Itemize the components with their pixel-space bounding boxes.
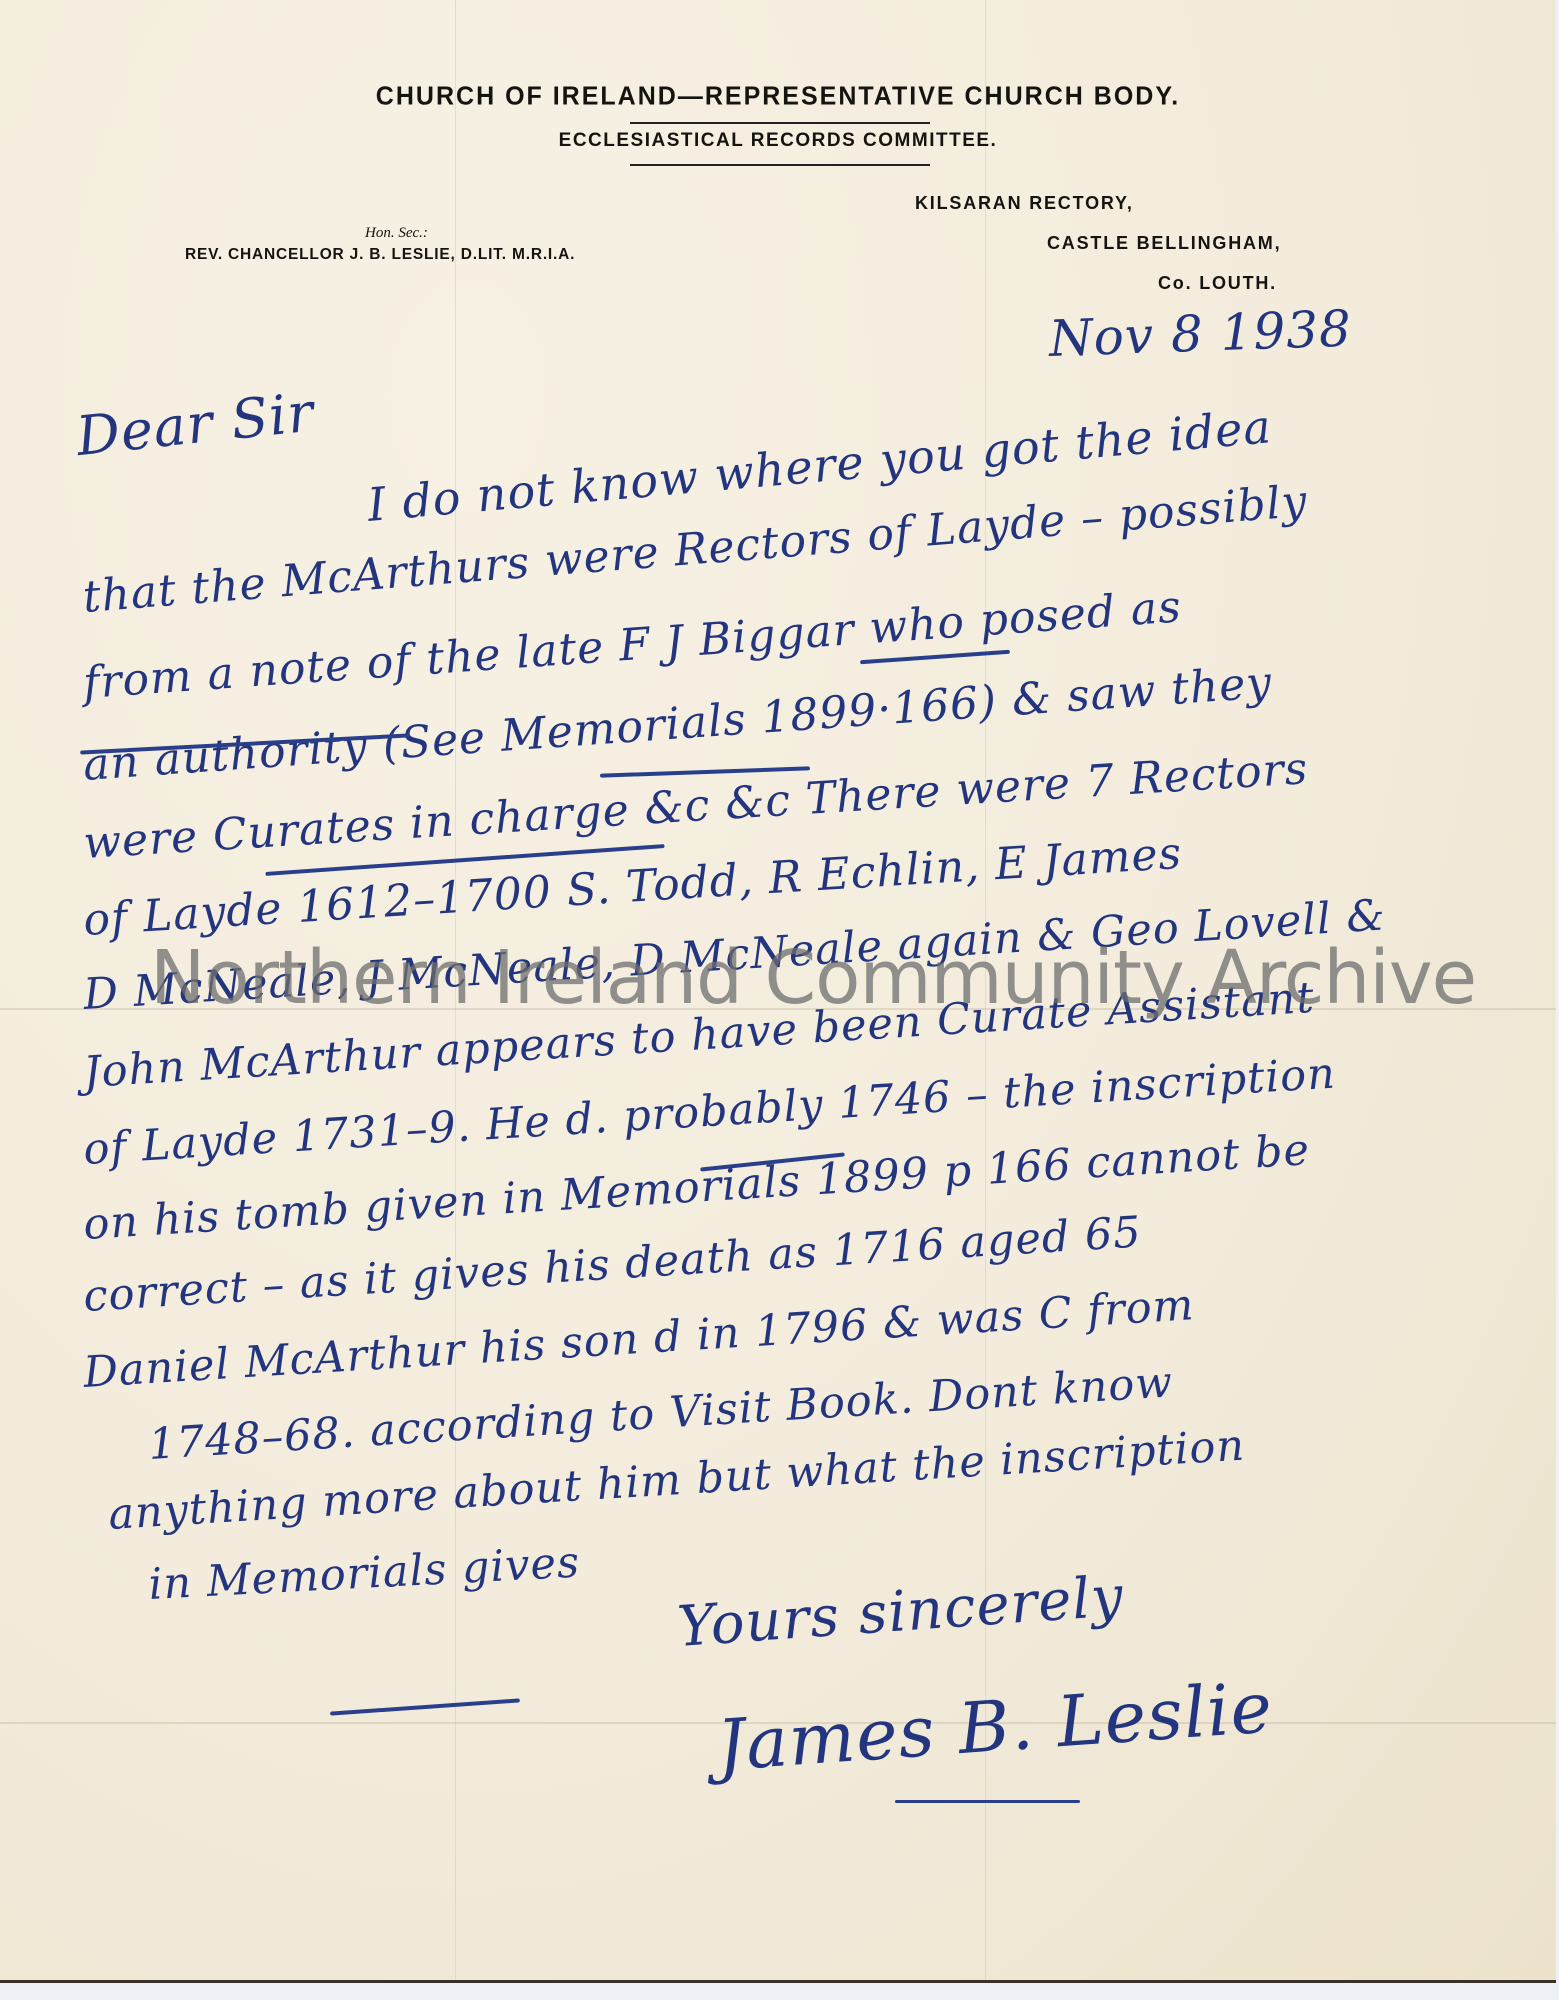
letter-date: Nov 8 1938: [1048, 299, 1353, 368]
closing: Yours sincerely: [675, 1564, 1125, 1660]
letterhead-subtitle: ECCLESIASTICAL RECORDS COMMITTEE.: [0, 130, 1556, 152]
salutation: Dear Sir: [73, 380, 317, 468]
address-line-2: CASTLE BELLINGHAM,: [1047, 233, 1281, 254]
hon-sec-label: Hon. Sec.:: [365, 225, 428, 242]
signature-underline: [895, 1800, 1080, 1803]
address-line-3: Co. LOUTH.: [1158, 273, 1277, 294]
underline-memorials-2: [330, 1698, 520, 1715]
signature: James B. Leslie: [714, 1666, 1275, 1787]
letterhead-rule: [630, 122, 930, 124]
hon-sec-name: REV. CHANCELLOR J. B. LESLIE, D.LIT. M.R…: [185, 246, 575, 264]
letterhead-rule: [630, 164, 930, 166]
letterhead-title: CHURCH OF IRELAND—REPRESENTATIVE CHURCH …: [0, 81, 1556, 111]
body-line: in Memorials gives: [147, 1537, 581, 1610]
archive-watermark: Northern Ireland Community Archive: [150, 935, 1476, 1021]
address-line-1: KILSARAN RECTORY,: [915, 193, 1134, 214]
letter-paper: CHURCH OF IRELAND—REPRESENTATIVE CHURCH …: [0, 0, 1556, 1983]
